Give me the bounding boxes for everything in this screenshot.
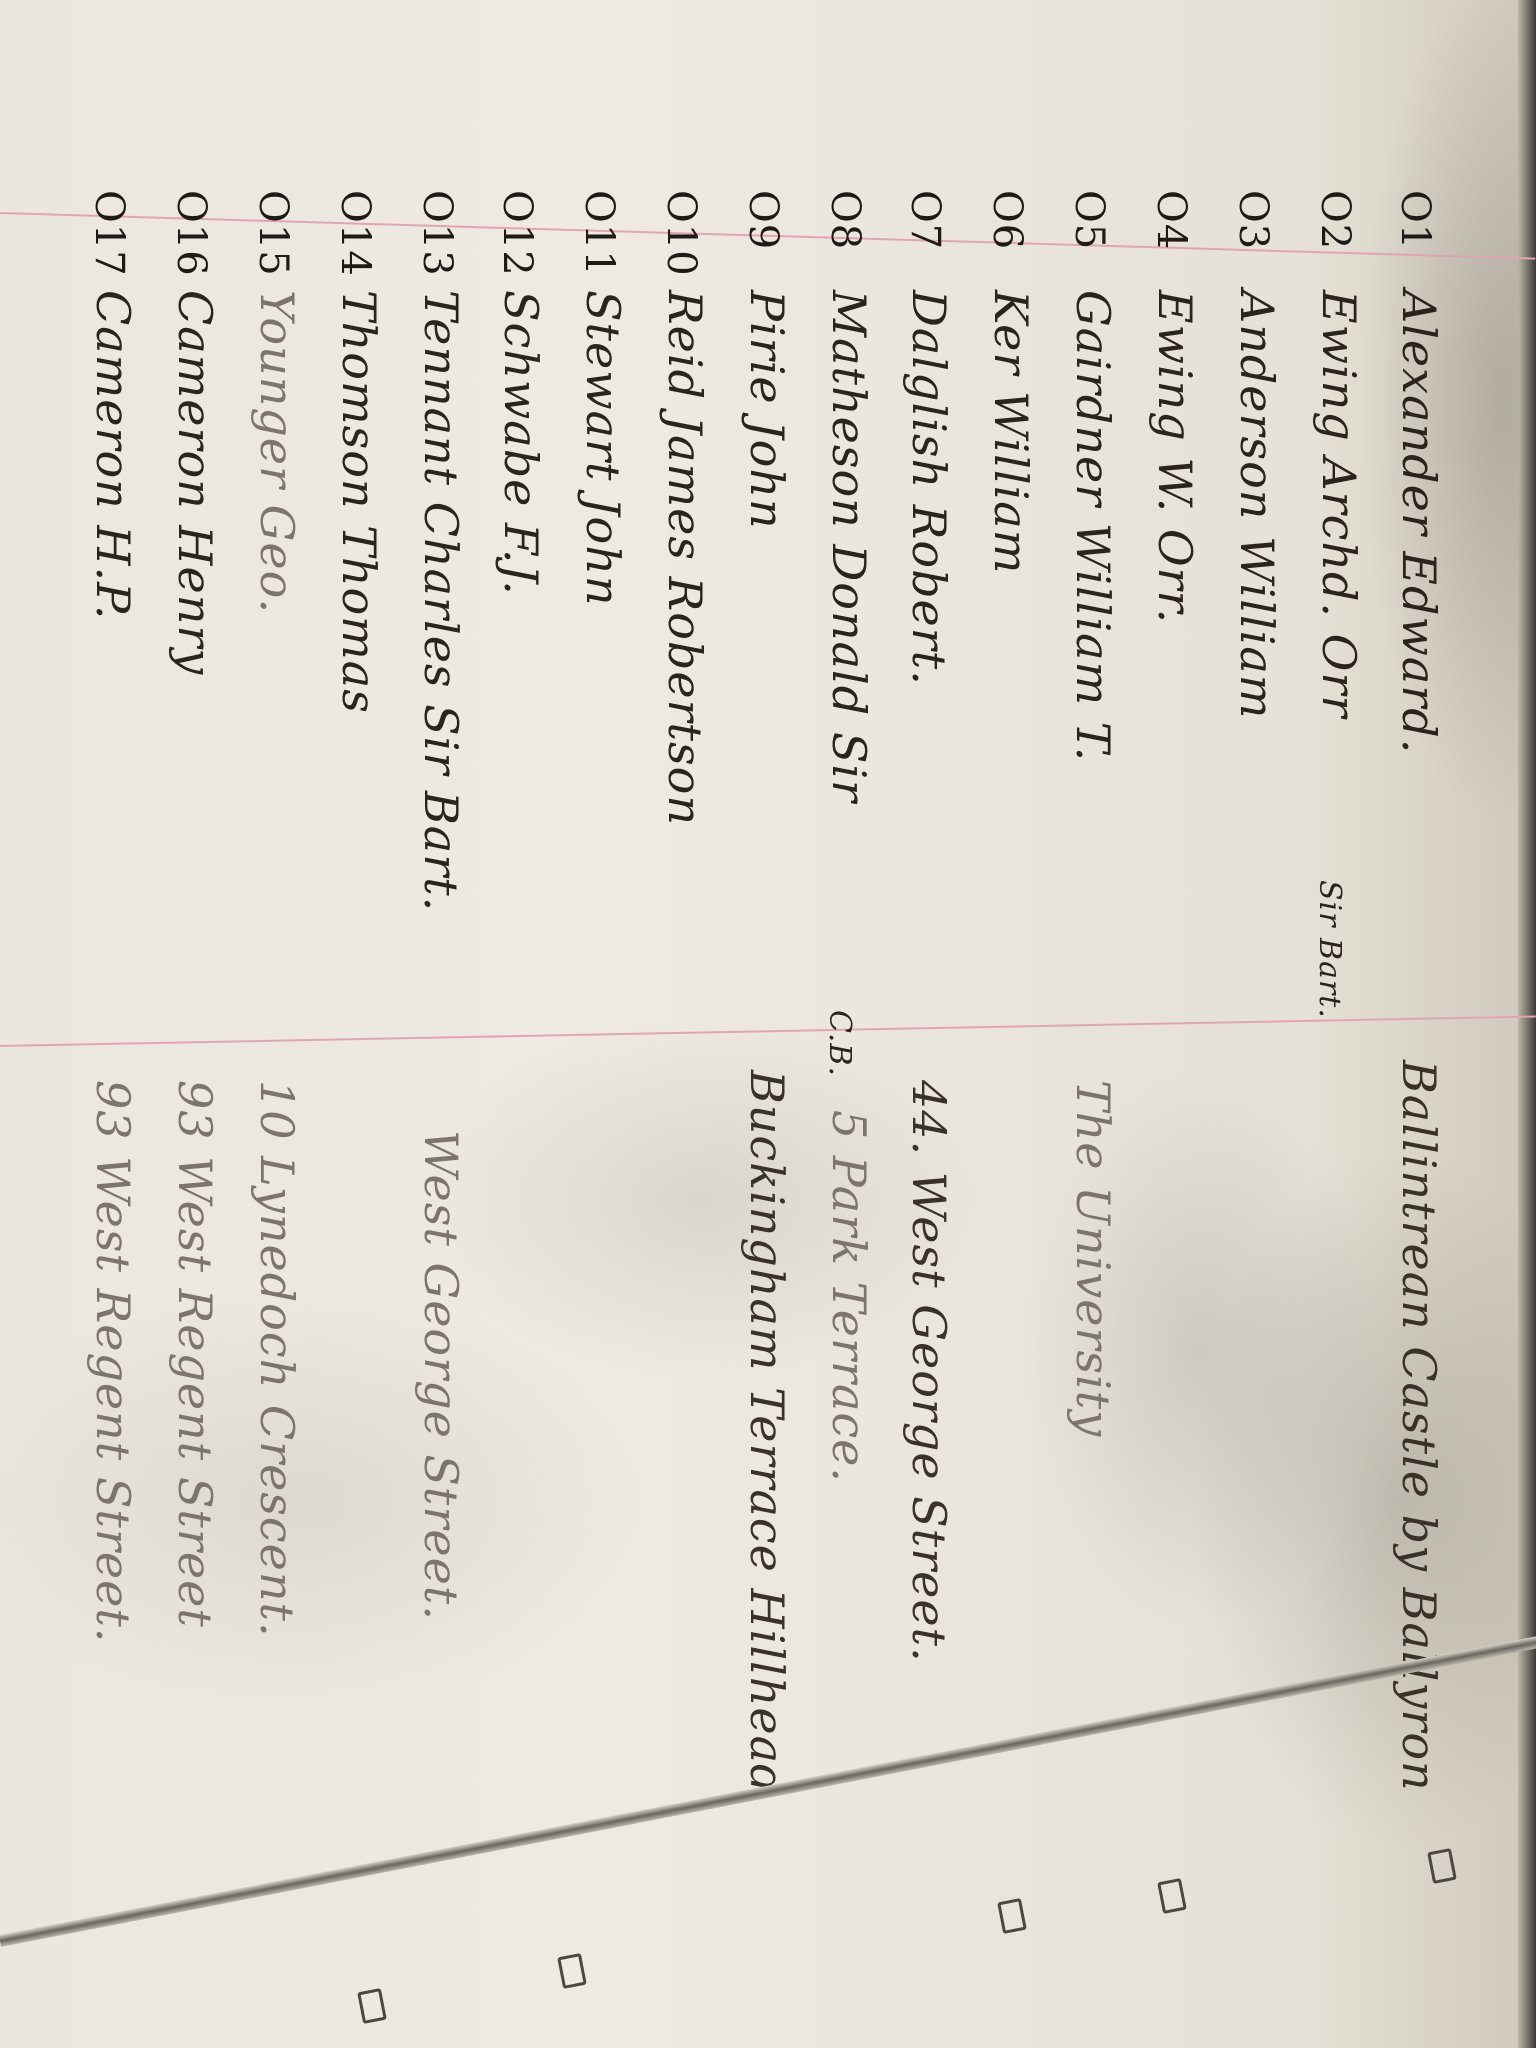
entry-number: O8 — [822, 190, 868, 250]
register-entry: O5 Gairdner William T. The University — [1066, 0, 1146, 2048]
page-edge-shadow — [1518, 0, 1536, 2048]
ledger-page: O1 Alexander Edward. Ballintrean Castle … — [0, 0, 1536, 2048]
register-entry: O1 Alexander Edward. Ballintrean Castle … — [1392, 0, 1472, 2048]
entry-number: O14 — [332, 190, 378, 277]
entry-address: Buckingham Terrace Hillhead — [740, 1070, 794, 1794]
entry-name: Thomson Thomas — [332, 290, 386, 714]
entry-address: The University — [1066, 1080, 1120, 1437]
entry-title: C.B. — [822, 1010, 857, 1077]
entry-name: Ewing Archd. Orr — [1312, 290, 1366, 718]
entry-address: Ballintrean Castle by Ballyron — [1392, 1060, 1446, 1792]
register-entry: O3 Anderson William — [1230, 0, 1310, 2048]
entry-number: O13 — [414, 190, 460, 277]
entry-name: Pirie John — [740, 290, 794, 530]
entry-number: O4 — [1148, 190, 1194, 250]
entry-name: Dalglish Robert. — [902, 290, 956, 686]
entry-number: O10 — [658, 190, 704, 277]
entry-address: 10 Lynedoch Crescent. — [250, 1080, 304, 1638]
entry-number: O2 — [1312, 190, 1358, 250]
entry-name: Alexander Edward. — [1392, 290, 1446, 754]
entry-number: O9 — [740, 190, 786, 250]
entry-address: 44. West George Street. — [902, 1080, 956, 1663]
register-entry: O4 Ewing W. Orr. — [1148, 0, 1228, 2048]
entry-number: O15 — [250, 190, 296, 277]
entry-name: Younger Geo. — [250, 290, 304, 614]
entry-number: O6 — [984, 190, 1030, 250]
entry-name: Tennant Charles Sir Bart. — [414, 290, 468, 912]
register-entry: O11 Stewart John — [576, 0, 656, 2048]
register-entry: O14 Thomson Thomas — [332, 0, 412, 2048]
entry-address: 93 West Regent Street — [168, 1080, 222, 1628]
entry-number: O1 — [1392, 190, 1438, 250]
entry-name: Cameron Henry — [168, 290, 222, 675]
entry-name: Anderson William — [1230, 290, 1284, 719]
entry-name: Ewing W. Orr. — [1148, 290, 1202, 624]
entry-number: O5 — [1066, 190, 1112, 250]
register-entry: O16 Cameron Henry 93 West Regent Street — [168, 0, 248, 2048]
entry-name: Gairdner William T. — [1066, 290, 1120, 762]
entry-name: Stewart John — [576, 290, 630, 607]
entry-name: Schwabe F.J. — [494, 290, 548, 596]
entry-name: Matheson Donald Sir — [822, 290, 876, 803]
register-entry: O13 Tennant Charles Sir Bart. West Georg… — [414, 0, 494, 2048]
entry-name: Cameron H.P. — [86, 290, 140, 620]
register-entry: O15 Younger Geo. 10 Lynedoch Crescent. — [250, 0, 330, 2048]
entry-address: 93 West Regent Street. — [86, 1080, 140, 1643]
entry-number: O11 — [576, 190, 622, 277]
entry-number: O16 — [168, 190, 214, 277]
entry-number: O17 — [86, 190, 132, 277]
entry-number: O3 — [1230, 190, 1276, 250]
register-entry: O12 Schwabe F.J. — [494, 0, 574, 2048]
entry-name: Ker William — [984, 290, 1038, 574]
entry-address: West George Street. — [414, 1130, 468, 1621]
entry-number: O12 — [494, 190, 540, 277]
entry-number: O7 — [902, 190, 948, 250]
entry-address: 5 Park Terrace. — [822, 1110, 876, 1483]
register-entry: O17 Cameron H.P. 93 West Regent Street. — [86, 0, 166, 2048]
register-entry: O8 Matheson Donald Sir C.B. 5 Park Terra… — [822, 0, 902, 2048]
entry-name: Reid James Robertson — [658, 290, 712, 826]
register-entry: O2 Ewing Archd. Orr Sir Bart. — [1312, 0, 1392, 2048]
register-entry: O9 Pirie John Buckingham Terrace Hillhea… — [740, 0, 820, 2048]
register-entry: O7 Dalglish Robert. 44. West George Stre… — [902, 0, 982, 2048]
register-entry: O10 Reid James Robertson — [658, 0, 738, 2048]
entry-title: Sir Bart. — [1312, 880, 1347, 1019]
